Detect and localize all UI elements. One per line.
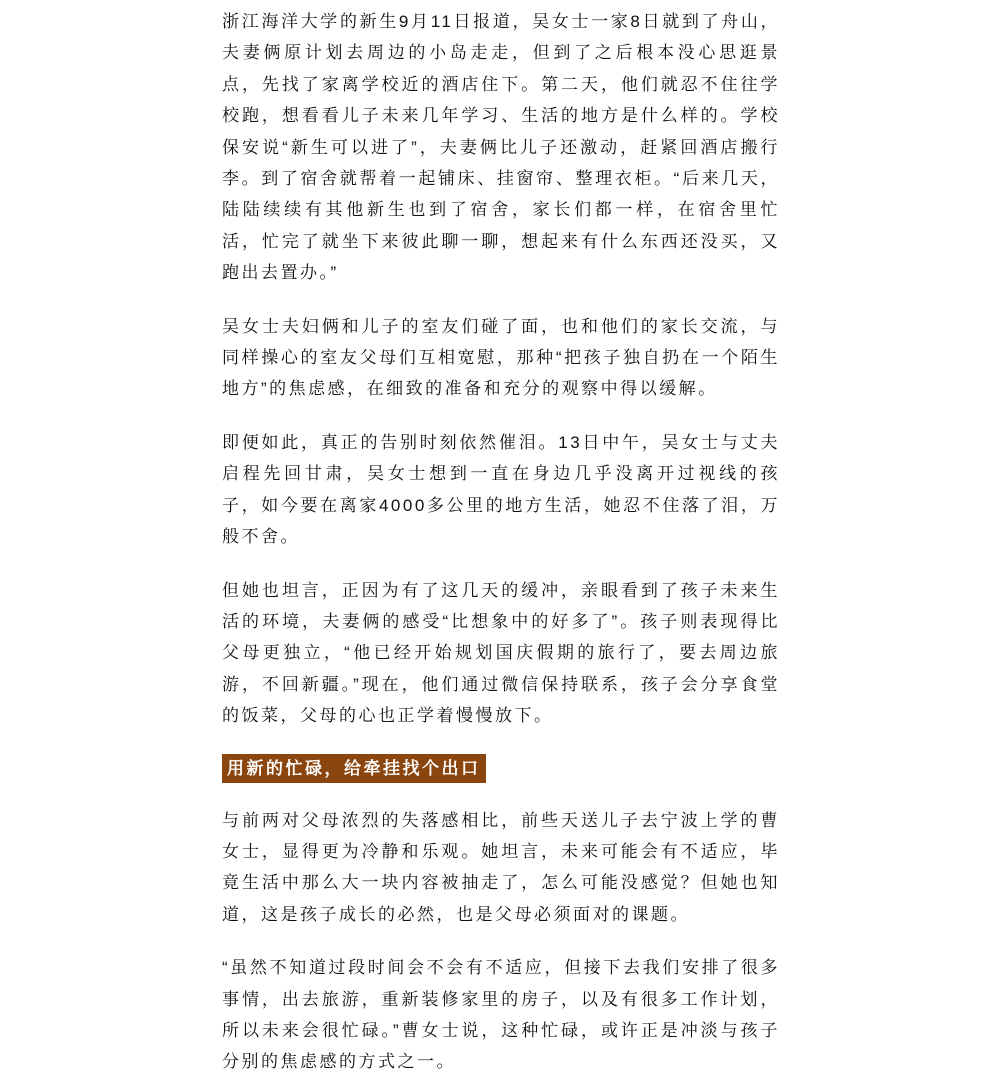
article-paragraph: “虽然不知道过段时间会不会有不适应，但接下去我们安排了很多事情，出去旅游，重新装… <box>222 952 780 1078</box>
section-heading-highlight: 用新的忙碌，给牵挂找个出口 <box>222 754 486 783</box>
article-paragraph: 浙江海洋大学的新生9月11日报道，吴女士一家8日就到了舟山，夫妻俩原计划去周边的… <box>222 6 780 289</box>
article-paragraph: 但她也坦言，正因为有了这几天的缓冲，亲眼看到了孩子未来生活的环境，夫妻俩的感受“… <box>222 575 780 732</box>
article-paragraph: 即便如此，真正的告别时刻依然催泪。13日中午，吴女士与丈夫启程先回甘肃，吴女士想… <box>222 427 780 553</box>
article-paragraph: 与前两对父母浓烈的失落感相比，前些天送儿子去宁波上学的曹女士，显得更为冷静和乐观… <box>222 805 780 931</box>
article-body: 浙江海洋大学的新生9月11日报道，吴女士一家8日就到了舟山，夫妻俩原计划去周边的… <box>222 0 780 1078</box>
section-heading: 用新的忙碌，给牵挂找个出口 <box>222 754 780 783</box>
article-paragraph: 吴女士夫妇俩和儿子的室友们碰了面，也和他们的家长交流，与同样操心的室友父母们互相… <box>222 311 780 405</box>
